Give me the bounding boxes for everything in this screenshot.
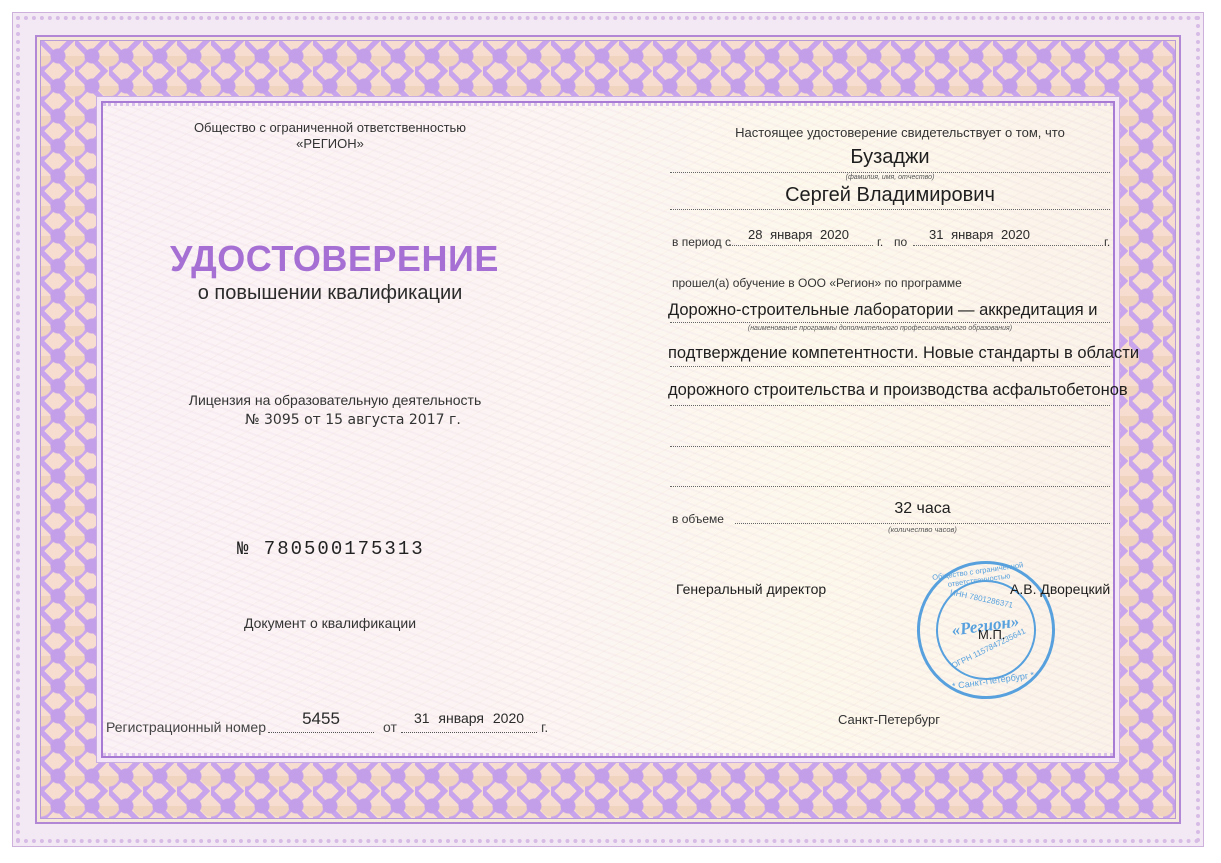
program-line-3: дорожного строительства и производства а… (668, 381, 1128, 400)
seal-place-label: М.П. (978, 627, 1005, 642)
registration-from-label: от (383, 719, 397, 735)
program-underline-5 (670, 486, 1110, 487)
registration-year-suffix: г. (541, 719, 548, 735)
certificate-intro: Настоящее удостоверение свидетельствует … (690, 125, 1110, 140)
director-name: А.В. Дворецкий (1010, 581, 1110, 597)
period-to-line (913, 245, 1103, 246)
program-line-1: Дорожно-строительные лаборатории — аккре… (668, 301, 1098, 320)
issue-city: Санкт-Петербург (838, 712, 940, 727)
license-line-1: Лицензия на образовательную деятельность (160, 390, 510, 410)
period-from-line (728, 245, 873, 246)
program-underline-1 (670, 322, 1110, 323)
period-to-date: 31 января 2020 (913, 227, 1103, 242)
program-line-2: подтверждение компетентности. Новые стан… (668, 344, 1139, 363)
organization-line-1: Общество с ограниченной ответственностью (150, 120, 510, 136)
period-to-label: по (894, 235, 907, 249)
holder-given-names: Сергей Владимирович (670, 184, 1110, 207)
registration-label: Регистрационный номер (106, 719, 266, 735)
document-number: № 780500175313 (237, 538, 425, 560)
training-hours: 32 часа (735, 500, 1110, 518)
registration-date: 31 января 2020 (401, 710, 537, 726)
certificate-subtitle: о повышении квалификации (165, 282, 495, 305)
fio-hint: (фамилия, имя, отчество) (670, 174, 1110, 181)
organization-line-2: «РЕГИОН» (150, 136, 510, 152)
program-underline-3 (670, 405, 1110, 406)
period-to-suffix: г. (1104, 235, 1110, 249)
program-underline-2 (670, 366, 1110, 367)
certificate-title: УДОСТОВЕРЕНИЕ (170, 238, 490, 280)
registration-date-line (401, 732, 537, 733)
document-type: Документ о квалификации (210, 615, 450, 631)
hours-hint: (количество часов) (735, 525, 1110, 534)
issuing-organization: Общество с ограниченной ответственностью… (150, 120, 510, 152)
given-names-line (670, 209, 1110, 210)
program-hint: (наименование программы дополнительного … (670, 325, 1090, 332)
surname-line (670, 172, 1110, 173)
license-line-2: № 3095 от 15 августа 2017 г. (160, 410, 510, 430)
period-from-suffix: г. (877, 235, 883, 249)
director-title: Генеральный директор (676, 581, 826, 597)
hours-line (735, 523, 1110, 524)
period-from-date: 28 января 2020 (728, 227, 873, 242)
program-intro: прошел(а) обучение в ООО «Регион» по про… (672, 276, 962, 290)
registration-number: 5455 (268, 709, 374, 729)
volume-label: в объеме (672, 512, 724, 526)
program-underline-4 (670, 446, 1110, 447)
registration-number-line (268, 732, 374, 733)
license-info: Лицензия на образовательную деятельность… (160, 390, 510, 430)
period-label: в период с (672, 235, 731, 249)
holder-surname: Бузаджи (670, 146, 1110, 169)
